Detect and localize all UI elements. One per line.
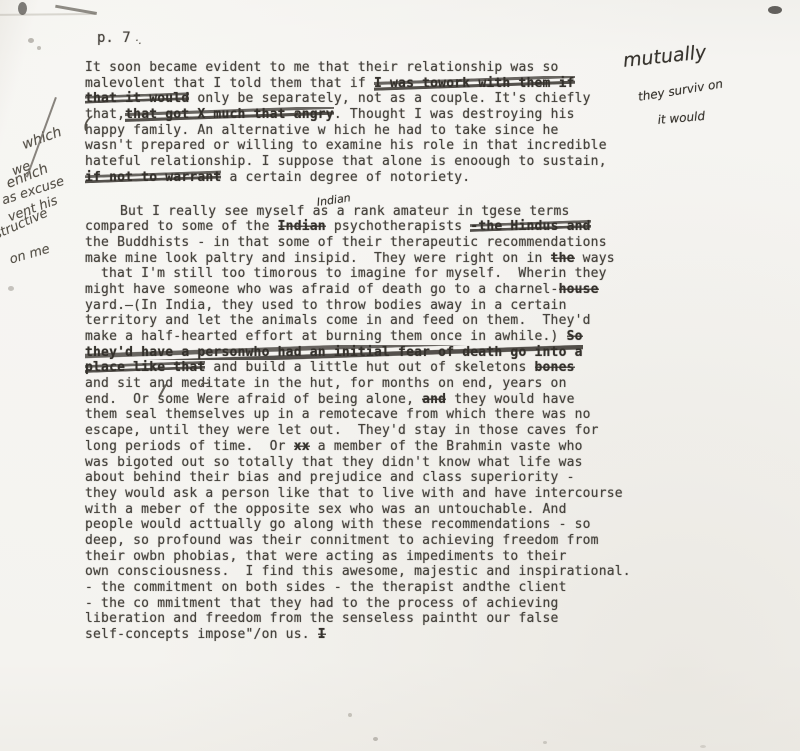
- typed-line: was bigoted out so totally that they did…: [85, 455, 631, 471]
- typed-text: a member of the Brahmin vaste who: [310, 439, 583, 454]
- typed-line: about behind their bias and prejudice an…: [85, 470, 631, 486]
- typed-line: malevolent that I told them that if I wa…: [85, 76, 631, 92]
- handwritten-note-it-would: it would: [657, 109, 706, 127]
- typed-line: and sit and meditate in the hut, for mon…: [85, 376, 631, 392]
- typed-text: the Buddhists - in that some of their th…: [85, 235, 607, 250]
- typed-text: about behind their bias and prejudice an…: [85, 470, 575, 485]
- struck-text: Indian: [278, 219, 326, 234]
- typed-line: them seal themselves up in a remotecave …: [85, 407, 631, 423]
- speck-bottom-1: [348, 713, 352, 717]
- typed-text: a certain degree of notoriety.: [221, 170, 470, 185]
- typed-line: compared to some of the Indian psychothe…: [85, 219, 631, 235]
- speck-bottom-3: [543, 741, 547, 744]
- typed-line: with a meber of the opposite sex who was…: [85, 502, 631, 518]
- struck-text: that got X much that angry: [125, 107, 334, 122]
- typed-text: was bigoted out so totally that they did…: [85, 455, 583, 470]
- typed-line: deep, so profound was their connitment t…: [85, 533, 631, 549]
- typed-text: them seal themselves up in a remotecave …: [85, 407, 591, 422]
- typed-text: they would ask a person like that to liv…: [85, 486, 623, 501]
- typed-text: happy family. An alternative w hich he h…: [85, 123, 559, 138]
- speck-bottom-4: [700, 745, 706, 748]
- typed-line: But I really see myself as a rank amateu…: [120, 204, 631, 220]
- typed-line: place like that and build a little hut o…: [85, 360, 631, 376]
- typed-line: yard.–(In India, they used to throw bodi…: [85, 298, 631, 314]
- typed-line: people would acttually go along with the…: [85, 517, 631, 533]
- typed-text: own consciousness. I find this awesome, …: [85, 564, 631, 579]
- typed-line: might have someone who was afraid of dea…: [85, 282, 631, 298]
- ink-speck-top-right: [768, 6, 782, 14]
- typed-line: wasn't prepared or willing to examine hi…: [85, 138, 631, 154]
- typed-text: psychotherapists: [326, 219, 470, 234]
- speck-left-of-title-1: [28, 38, 34, 43]
- typed-text: that I'm still too timorous to imagine f…: [101, 266, 607, 281]
- typed-line: - the commitment on both sides - the the…: [85, 580, 631, 596]
- typescript-text: It soon became evident to me that their …: [85, 60, 631, 643]
- caret-mark: ^: [291, 110, 302, 125]
- margin-note-on-me: on me: [8, 242, 52, 268]
- typed-text: ways: [575, 251, 615, 266]
- speck-bottom-2: [373, 737, 378, 741]
- typed-line: territory and let the animals come in an…: [85, 313, 631, 329]
- typed-text: escape, until they were let out. They'd …: [85, 423, 599, 438]
- typed-text: people would acttually go along with the…: [85, 517, 591, 532]
- typed-text: they would have: [446, 392, 574, 407]
- typed-text: and sit and meditate in the hut, for mon…: [85, 376, 567, 391]
- typed-text: end. Or some Were afraid of being alone,: [85, 392, 422, 407]
- typed-text: malevolent that I told them that if: [85, 76, 374, 91]
- typed-line: liberation and freedom from the senseles…: [85, 611, 631, 627]
- struck-text: the: [551, 251, 575, 266]
- typed-line: hateful relationship. I suppose that alo…: [85, 154, 631, 170]
- typed-text: and build a little hut out of skeletons: [205, 360, 534, 375]
- struck-text: -the Hindus and: [470, 219, 590, 234]
- typed-text: . Thought I was destroying his: [334, 107, 575, 122]
- page-number: p. 7: [97, 30, 131, 46]
- typed-line: if not to warrant a certain degree of no…: [85, 170, 631, 186]
- ink-speck-top-left: [18, 2, 27, 15]
- typed-line: end. Or some Were afraid of being alone,…: [85, 392, 631, 408]
- typed-line: make mine look paltry and insipid. They …: [85, 251, 631, 267]
- struck-text: house: [559, 282, 599, 297]
- typed-line: long periods of time. Or xx a member of …: [85, 439, 631, 455]
- typed-line: It soon became evident to me that their …: [85, 60, 631, 76]
- typed-text: It soon became evident to me that their …: [85, 60, 559, 75]
- typed-text: long periods of time. Or: [85, 439, 294, 454]
- paragraph-gap: [85, 186, 631, 204]
- speck-left-of-title-2: [37, 46, 41, 50]
- typed-text: with a meber of the opposite sex who was…: [85, 502, 567, 517]
- typed-text: liberation and freedom from the senseles…: [85, 611, 559, 626]
- typed-line: that,that got X much that angry. Thought…: [85, 107, 631, 123]
- typed-line: make a half-hearted effort at burning th…: [85, 329, 631, 345]
- typed-text: hateful relationship. I suppose that alo…: [85, 154, 607, 169]
- speck-after-page-number: ·.: [135, 34, 142, 47]
- struck-text: So: [567, 329, 583, 344]
- struck-text: I was towork with them if: [374, 76, 575, 91]
- struck-text: and: [422, 392, 446, 407]
- typed-text: yard.–(In India, they used to throw bodi…: [85, 298, 567, 313]
- typed-line: that it would only be separately, not as…: [85, 91, 631, 107]
- typed-text: territory and let the animals come in an…: [85, 313, 591, 328]
- typed-text: wasn't prepared or willing to examine hi…: [85, 138, 607, 153]
- handwritten-note-mutually: mutually: [622, 41, 707, 72]
- typed-text: make mine look paltry and insipid. They …: [85, 251, 551, 266]
- typed-text: But I really see myself as a rank amateu…: [120, 204, 570, 219]
- typed-text: only be separately, not as a couple. It'…: [189, 91, 590, 106]
- typed-line: they would ask a person like that to liv…: [85, 486, 631, 502]
- typed-line: self-concepts impose"/on us. I: [85, 627, 631, 643]
- struck-text: that it would: [85, 91, 189, 106]
- typed-text: compared to some of the: [85, 219, 278, 234]
- speck-margin-left: [8, 286, 14, 291]
- typed-line: the Buddhists - in that some of their th…: [85, 235, 631, 251]
- typed-line: their owbn phobias, that were acting as …: [85, 549, 631, 565]
- struck-text: place like that: [85, 360, 205, 375]
- typed-line: happy family. An alternative w hich he h…: [85, 123, 631, 139]
- typed-line: that I'm still too timorous to imagine f…: [101, 266, 631, 282]
- typed-text: deep, so profound was their connitment t…: [85, 533, 599, 548]
- typed-text: self-concepts impose"/on us.: [85, 627, 318, 642]
- typed-text: might have someone who was afraid of dea…: [85, 282, 559, 297]
- typed-line: they'd have a personwho had an initial f…: [85, 345, 631, 361]
- typed-text: - the co mmitment that they had to the p…: [85, 596, 559, 611]
- typed-text: their owbn phobias, that were acting as …: [85, 549, 567, 564]
- top-pencil-streak: [0, 13, 95, 19]
- handwritten-note-they-surviv: they surviv on: [637, 77, 724, 104]
- typed-line: escape, until they were let out. They'd …: [85, 423, 631, 439]
- struck-text: I: [318, 627, 326, 642]
- struck-text: bones: [535, 360, 575, 375]
- typed-text: - the commitment on both sides - the the…: [85, 580, 567, 595]
- typed-line: own consciousness. I find this awesome, …: [85, 564, 631, 580]
- typed-text: make a half-hearted effort at burning th…: [85, 329, 567, 344]
- struck-text: xx: [294, 439, 310, 454]
- struck-text: if not to warrant: [85, 170, 221, 185]
- scanned-page: p. 7 It soon became evident to me that t…: [0, 0, 800, 751]
- typed-line: - the co mmitment that they had to the p…: [85, 596, 631, 612]
- struck-text: they'd have a personwho had an initial f…: [85, 345, 583, 360]
